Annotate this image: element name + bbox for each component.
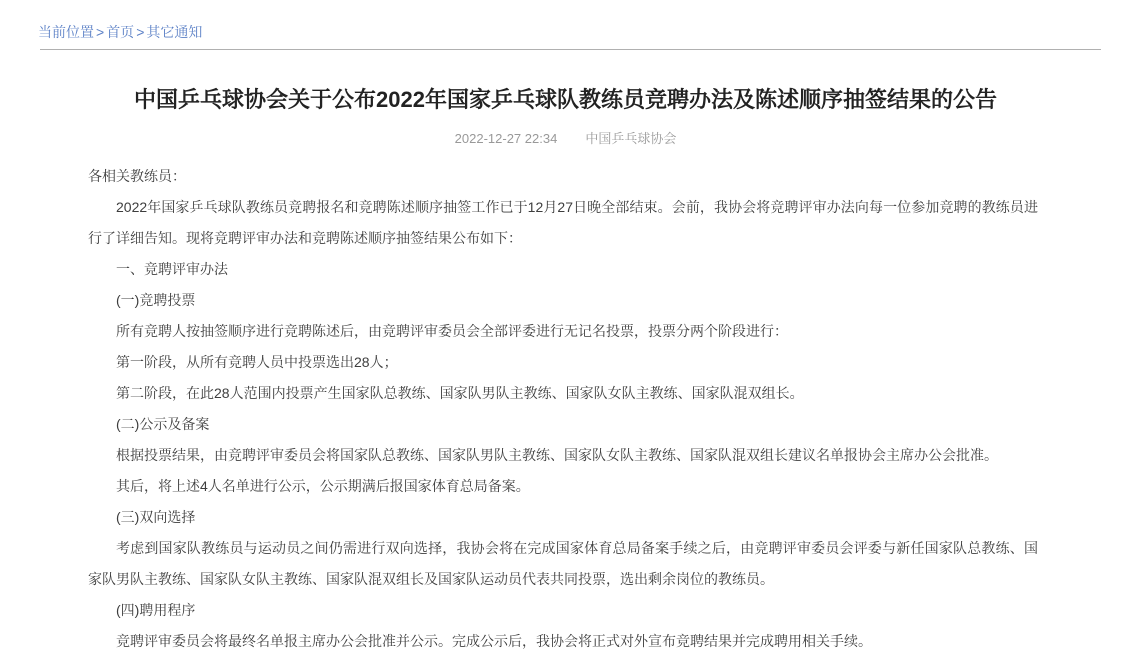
publish-source: 中国乒乓球协会: [585, 131, 676, 146]
breadcrumb-separator: >: [96, 24, 104, 40]
paragraph: 所有竞聘人按抽签顺序进行竞聘陈述后，由竞聘评审委员会全部评委进行无记名投票，投票…: [88, 316, 1038, 347]
paragraph: 考虑到国家队教练员与运动员之间仍需进行双向选择，我协会将在完成国家体育总局备案手…: [88, 533, 1038, 595]
paragraph: 第二阶段，在此28人范围内投票产生国家队总教练、国家队男队主教练、国家队女队主教…: [88, 378, 1038, 409]
paragraph: 2022年国家乒乓球队教练员竞聘报名和竞聘陈述顺序抽签工作已于12月27日晚全部…: [88, 192, 1038, 254]
paragraph: 竞聘评审委员会将最终名单报主席办公会批准并公示。完成公示后，我协会将正式对外宣布…: [88, 626, 1038, 652]
publish-datetime: 2022-12-27 22:34: [455, 131, 558, 146]
breadcrumb-separator: >: [136, 24, 144, 40]
paragraph: (一)竞聘投票: [88, 285, 1038, 316]
breadcrumb: 当前位置>首页>其它通知: [0, 0, 1131, 49]
paragraph: 其后，将上述4人名单进行公示，公示期满后报国家体育总局备案。: [88, 471, 1038, 502]
breadcrumb-current-location-label: 当前位置: [38, 24, 94, 40]
paragraph: 第一阶段，从所有竞聘人员中投票选出28人；: [88, 347, 1038, 378]
paragraph: (二)公示及备案: [88, 409, 1038, 440]
breadcrumb-link-home[interactable]: 首页: [106, 24, 134, 40]
paragraph: 根据投票结果，由竞聘评审委员会将国家队总教练、国家队男队主教练、国家队女队主教练…: [88, 440, 1038, 471]
paragraph: (三)双向选择: [88, 502, 1038, 533]
breadcrumb-divider: [40, 49, 1101, 50]
article-meta: 2022-12-27 22:34中国乒乓球协会: [0, 130, 1131, 147]
paragraph: (四)聘用程序: [88, 595, 1038, 626]
paragraph: 各相关教练员：: [88, 161, 1038, 192]
breadcrumb-link-other-notices[interactable]: 其它通知: [146, 24, 202, 40]
article: 中国乒乓球协会关于公布2022年国家乒乓球队教练员竞聘办法及陈述顺序抽签结果的公…: [0, 86, 1131, 652]
page: 当前位置>首页>其它通知 中国乒乓球协会关于公布2022年国家乒乓球队教练员竞聘…: [0, 0, 1131, 652]
page-title: 中国乒乓球协会关于公布2022年国家乒乓球队教练员竞聘办法及陈述顺序抽签结果的公…: [60, 86, 1071, 114]
paragraph: 一、竞聘评审办法: [88, 254, 1038, 285]
article-body: 各相关教练员：2022年国家乒乓球队教练员竞聘报名和竞聘陈述顺序抽签工作已于12…: [88, 161, 1038, 652]
